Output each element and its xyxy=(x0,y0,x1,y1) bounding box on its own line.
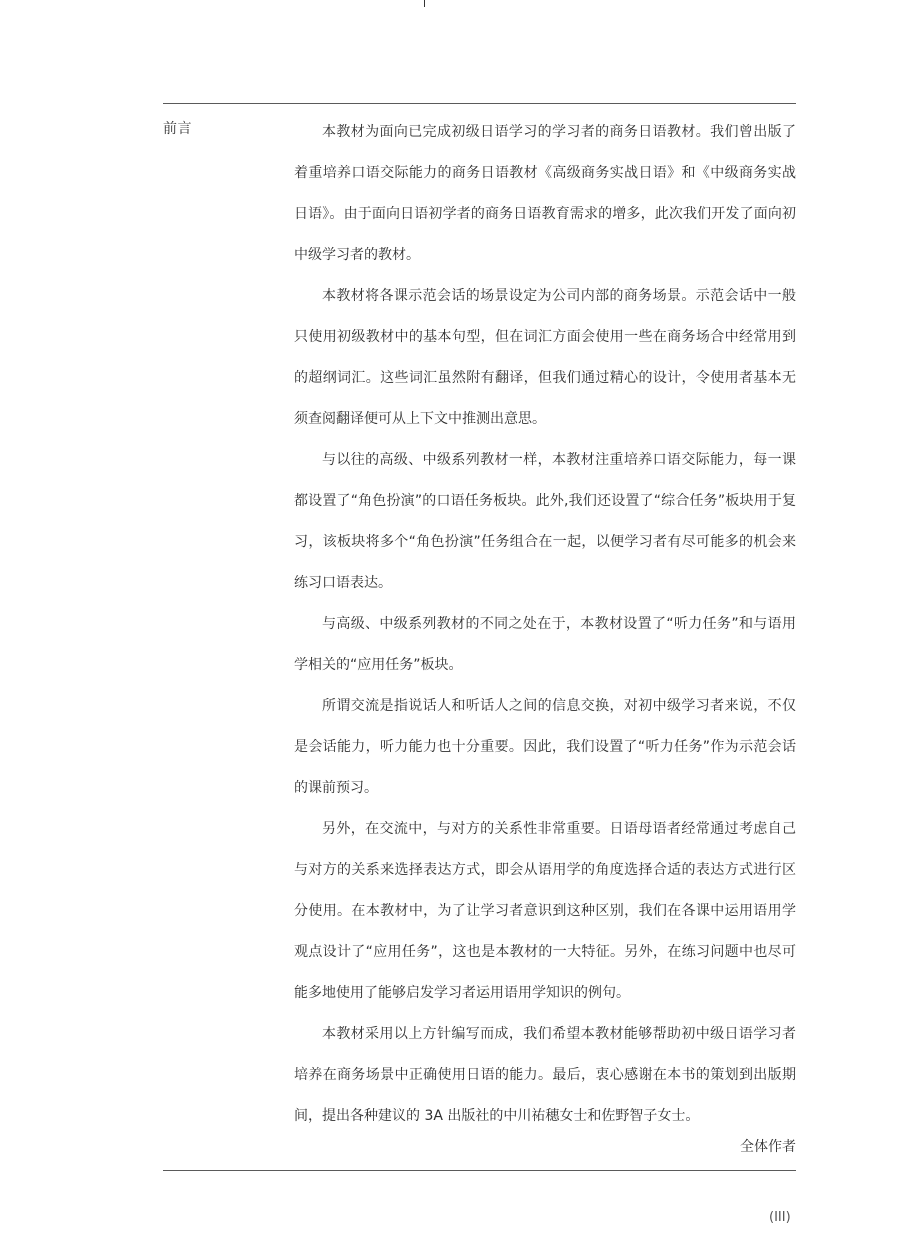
page-number: (III) xyxy=(769,1209,791,1227)
section-title: 前言 xyxy=(163,119,192,139)
paragraph: 本教材为面向已完成初级日语学习的学习者的商务日语教材。我们曾出版了着重培养口语交… xyxy=(294,112,796,276)
crop-mark xyxy=(424,0,425,7)
paragraph: 另外，在交流中，与对方的关系性非常重要。日语母语者经常通过考虑自己与对方的关系来… xyxy=(294,809,796,1014)
paragraph: 本教材将各课示范会话的场景设定为公司内部的商务场景。示范会话中一般只使用初级教材… xyxy=(294,276,796,440)
preface-body: 本教材为面向已完成初级日语学习的学习者的商务日语教材。我们曾出版了着重培养口语交… xyxy=(294,112,796,1137)
paragraph: 本教材采用以上方针编写而成，我们希望本教材能够帮助初中级日语学习者培养在商务场景… xyxy=(294,1014,796,1137)
top-rule xyxy=(163,103,796,104)
bottom-rule xyxy=(163,1170,796,1171)
paragraph: 与以往的高级、中级系列教材一样，本教材注重培养口语交际能力，每一课都设置了“角色… xyxy=(294,440,796,604)
paragraph: 与高级、中级系列教材的不同之处在于，本教材设置了“听力任务”和与语用学相关的“应… xyxy=(294,604,796,686)
signature: 全体作者 xyxy=(740,1137,796,1157)
paragraph: 所谓交流是指说话人和听话人之间的信息交换，对初中级学习者来说，不仅是会话能力，听… xyxy=(294,686,796,809)
